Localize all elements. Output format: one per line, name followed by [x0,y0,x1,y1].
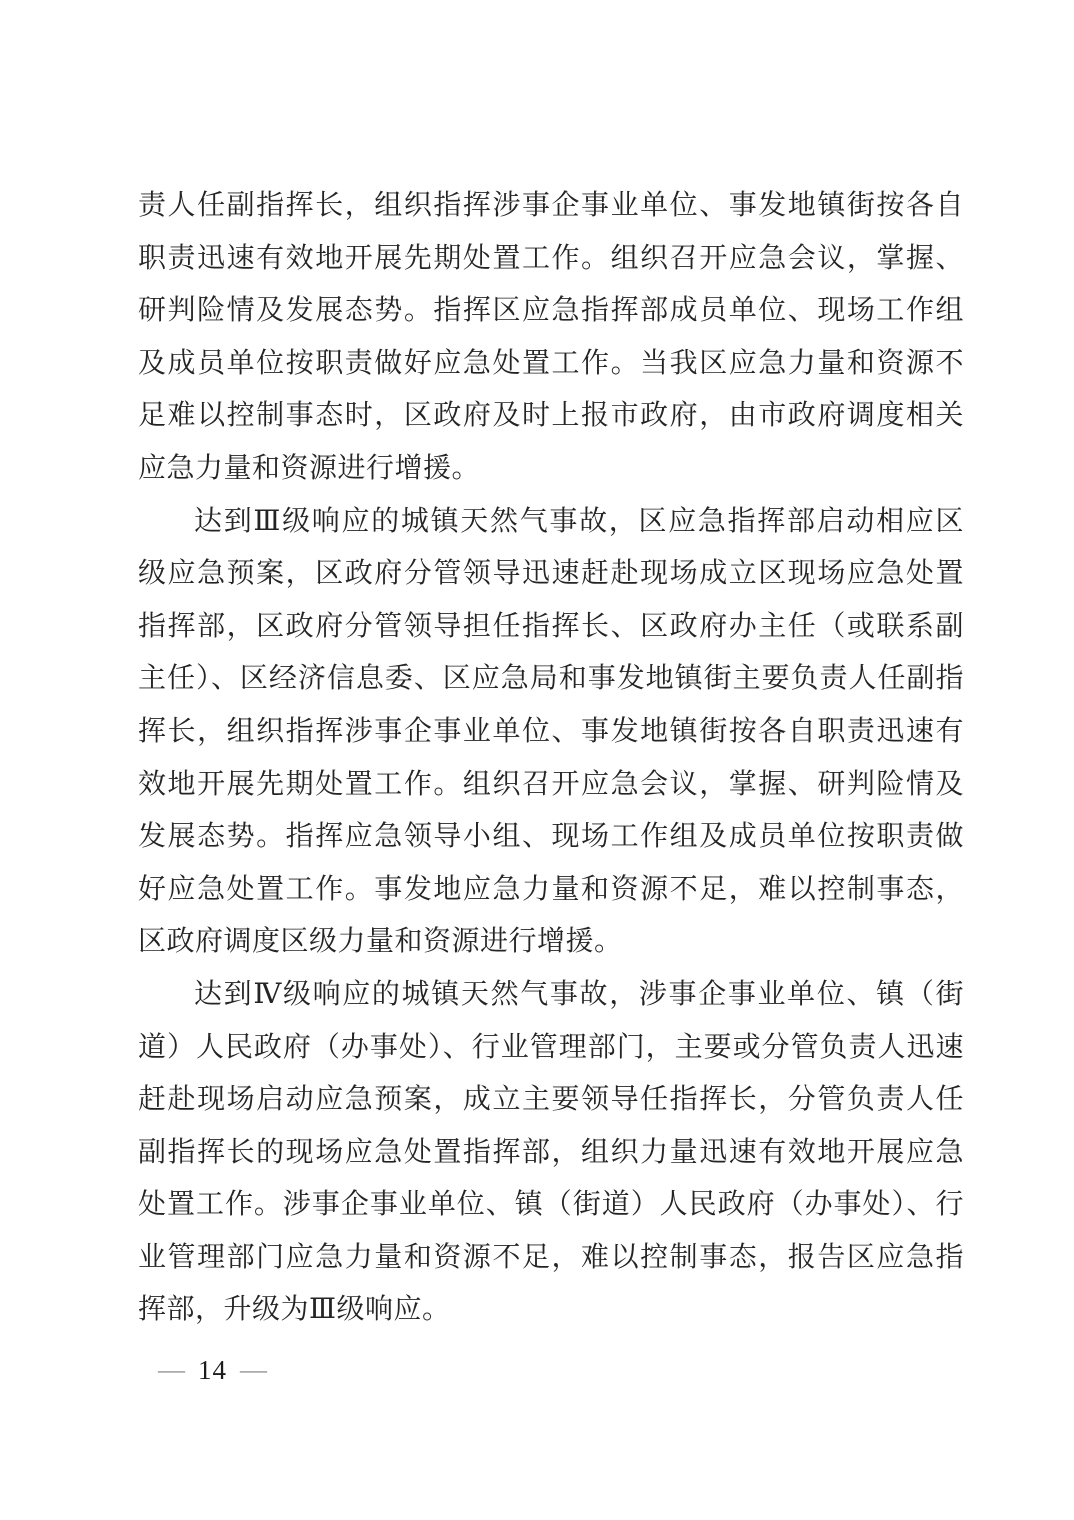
text-line: 级应急预案，区政府分管领导迅速赶赴现场成立区现场应急处置 [138,548,964,601]
text-line: 职责迅速有效地开展先期处置工作。组织召开应急会议，掌握、 [138,233,964,286]
text-line: 效地开展先期处置工作。组织召开应急会议，掌握、研判险情及 [138,759,964,812]
text-line: 道）人民政府（办事处）、行业管理部门，主要或分管负责人迅速 [138,1022,964,1075]
text-line: 达到Ⅳ级响应的城镇天然气事故，涉事企事业单位、镇（街 [138,969,964,1022]
text-line: 研判险情及发展态势。指挥区应急指挥部成员单位、现场工作组 [138,285,964,338]
text-line: 应急力量和资源进行增援。 [138,443,964,496]
text-line: 主任）、区经济信息委、区应急局和事发地镇街主要负责人任副指 [138,653,964,706]
page-number: 14 [198,1353,227,1387]
text-line: 达到Ⅲ级响应的城镇天然气事故，区应急指挥部启动相应区 [138,496,964,549]
footer-dash-left: — [158,1356,185,1385]
text-line: 好应急处置工作。事发地应急力量和资源不足，难以控制事态， [138,864,964,917]
paragraph-level-4-response: 达到Ⅳ级响应的城镇天然气事故，涉事企事业单位、镇（街 道）人民政府（办事处）、行… [138,969,964,1337]
text-line: 挥长，组织指挥涉事企事业单位、事发地镇街按各自职责迅速有 [138,706,964,759]
footer-dash-right: — [240,1356,267,1385]
page-text-block: 责人任副指挥长，组织指挥涉事企事业单位、事发地镇街按各自 职责迅速有效地开展先期… [138,180,964,1387]
text-line: 责人任副指挥长，组织指挥涉事企事业单位、事发地镇街按各自 [138,180,964,233]
paragraph-level-3-response: 达到Ⅲ级响应的城镇天然气事故，区应急指挥部启动相应区 级应急预案，区政府分管领导… [138,496,964,969]
text-line: 及成员单位按职责做好应急处置工作。当我区应急力量和资源不 [138,338,964,391]
text-line: 业管理部门应急力量和资源不足，难以控制事态，报告区应急指 [138,1232,964,1285]
text-line: 挥部，升级为Ⅲ级响应。 [138,1284,964,1337]
document-page: 责人任副指挥长，组织指挥涉事企事业单位、事发地镇街按各自 职责迅速有效地开展先期… [0,0,1074,1520]
page-footer: — 14 — [158,1353,267,1387]
text-line: 赶赴现场启动应急预案，成立主要领导任指挥长，分管负责人任 [138,1074,964,1127]
text-line: 处置工作。涉事企事业单位、镇（街道）人民政府（办事处）、行 [138,1179,964,1232]
text-line: 发展态势。指挥应急领导小组、现场工作组及成员单位按职责做 [138,811,964,864]
text-line: 副指挥长的现场应急处置指挥部，组织力量迅速有效地开展应急 [138,1127,964,1180]
text-line: 足难以控制事态时，区政府及时上报市政府，由市政府调度相关 [138,390,964,443]
text-line: 区政府调度区级力量和资源进行增援。 [138,916,964,969]
paragraph-continuation: 责人任副指挥长，组织指挥涉事企事业单位、事发地镇街按各自 职责迅速有效地开展先期… [138,180,964,496]
text-line: 指挥部，区政府分管领导担任指挥长、区政府办主任（或联系副 [138,601,964,654]
